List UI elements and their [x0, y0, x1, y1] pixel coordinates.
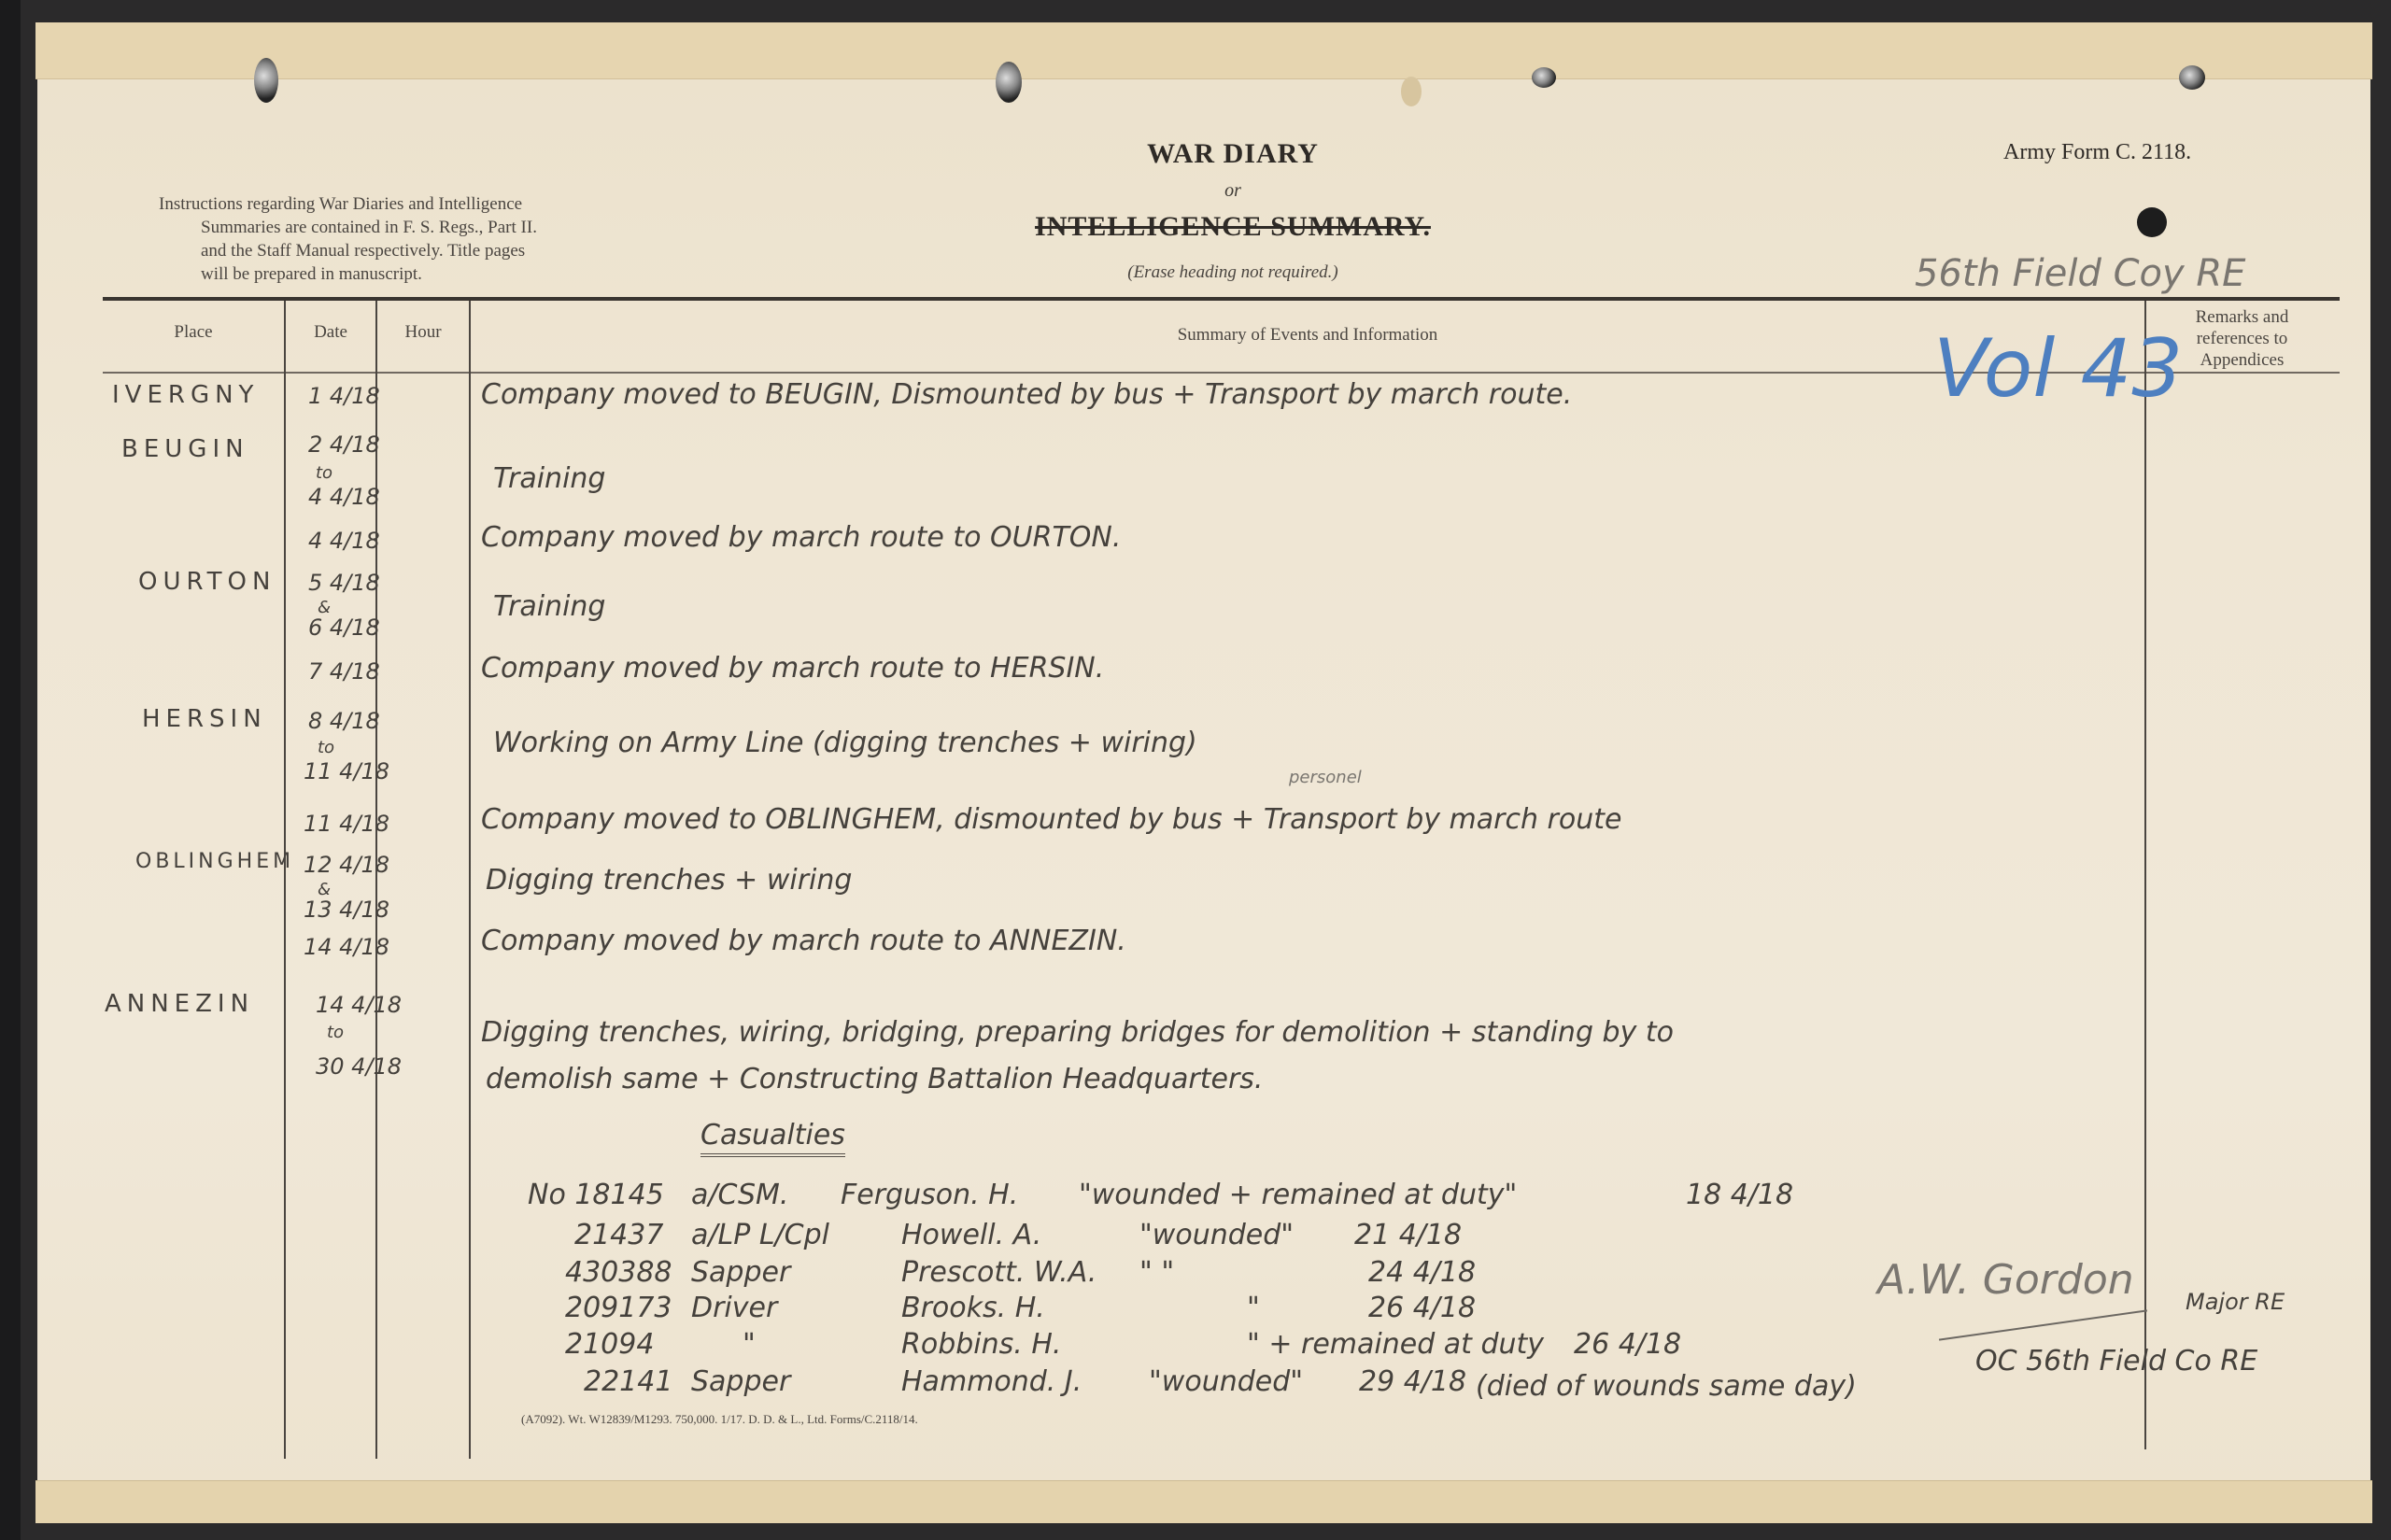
casualty-status: "wounded" — [1139, 1219, 1294, 1251]
punch-hole-icon — [2179, 65, 2205, 90]
instructions-line: Instructions regarding War Diaries and I… — [159, 192, 682, 216]
casualty-name: Prescott. W.A. — [901, 1256, 1096, 1289]
entry-place: OURTON — [138, 568, 276, 596]
form-title: WAR DIARY — [1027, 138, 1438, 170]
casualty-number: 21094 — [565, 1328, 654, 1361]
entry-date: 2 4/18 — [308, 431, 380, 458]
casualty-rank: Sapper — [691, 1256, 790, 1289]
column-header-hour: Hour — [377, 322, 469, 343]
erase-note: (Erase heading not required.) — [1027, 262, 1438, 283]
casualty-name: Ferguson. H. — [841, 1179, 1018, 1211]
casualty-number: 430388 — [565, 1256, 672, 1289]
form-title-struck: INTELLIGENCE SUMMARY. — [934, 211, 1532, 243]
punch-hole-icon — [1532, 67, 1556, 88]
entry-date-to: to — [327, 1023, 344, 1042]
entry-date: 7 4/18 — [308, 658, 380, 685]
entry-date: 14 4/18 — [304, 934, 389, 960]
punch-hole-icon — [1401, 77, 1422, 106]
printer-code: (A7092). Wt. W12839/M1293. 750,000. 1/17… — [521, 1412, 918, 1427]
entry-place: HERSIN — [142, 705, 267, 733]
casualties-heading: Casualties — [700, 1119, 845, 1157]
entry-summary: Company moved to OBLINGHEM, dismounted b… — [481, 803, 1621, 836]
binding-tape-bottom — [35, 1480, 2372, 1523]
binding-tape-top — [35, 22, 2372, 79]
casualty-date: 24 4/18 — [1368, 1256, 1476, 1289]
entry-date-end: 4 4/18 — [308, 484, 380, 510]
signature-rank: Major RE — [2186, 1289, 2285, 1315]
entry-insertion: personel — [1289, 768, 1362, 787]
column-header-date: Date — [286, 322, 375, 343]
casualty-number: 209173 — [565, 1292, 672, 1324]
casualty-status: "wounded + remained at duty" — [1079, 1179, 1517, 1211]
entry-date: 11 4/18 — [304, 811, 389, 837]
entry-summary: Company moved by march route to ANNEZIN. — [481, 925, 1126, 957]
entry-place: IVERGNY — [112, 381, 259, 409]
entry-summary: Training — [493, 590, 605, 623]
casualty-number: No 18145 — [528, 1179, 664, 1211]
casualty-name: Howell. A. — [901, 1219, 1041, 1251]
header-rule — [103, 297, 2340, 301]
column-divider — [469, 301, 471, 1459]
casualty-rank: a/LP L/Cpl — [691, 1219, 829, 1251]
casualty-date: 26 4/18 — [1574, 1328, 1681, 1361]
column-divider — [284, 301, 286, 1459]
entry-summary: Company moved by march route to HERSIN. — [481, 652, 1104, 685]
entry-date-to: to — [316, 463, 332, 483]
instructions-line: will be prepared in manuscript. — [159, 262, 682, 286]
instructions-line: and the Staff Manual respectively. Title… — [159, 239, 682, 262]
form-title-or: or — [1027, 180, 1438, 202]
casualty-rank: Driver — [691, 1292, 777, 1324]
casualty-rank: " — [743, 1328, 756, 1361]
entry-date: 8 4/18 — [308, 708, 380, 734]
entry-summary: Working on Army Line (digging trenches +… — [493, 727, 1197, 759]
entry-date-end: 11 4/18 — [304, 758, 389, 784]
casualty-status: " — [1247, 1292, 1260, 1324]
entry-place: ANNEZIN — [105, 990, 254, 1018]
punch-hole-icon — [2137, 207, 2167, 237]
casualty-rank: a/CSM. — [691, 1179, 788, 1211]
casualty-rank: Sapper — [691, 1365, 790, 1398]
entry-summary: Digging trenches + wiring — [486, 864, 852, 897]
entry-date: 1 4/18 — [308, 383, 380, 409]
entry-summary: Digging trenches, wiring, bridging, prep… — [481, 1016, 1674, 1049]
punch-hole-icon — [996, 62, 1022, 103]
casualty-status: "wounded" — [1149, 1365, 1303, 1398]
entry-place: OBLINGHEM — [135, 850, 294, 873]
entry-date-end: 30 4/18 — [316, 1053, 402, 1080]
form-number: Army Form C. 2118. — [2003, 140, 2191, 165]
entry-date: 14 4/18 — [316, 992, 402, 1018]
casualty-date: 21 4/18 — [1354, 1219, 1462, 1251]
casualty-name: Robbins. H. — [901, 1328, 1061, 1361]
casualty-status: " + remained at duty — [1247, 1328, 1544, 1361]
form-instructions: Instructions regarding War Diaries and I… — [159, 192, 682, 286]
signature: A.W. Gordon — [1877, 1256, 2134, 1304]
casualty-number: 21437 — [574, 1219, 663, 1251]
casualty-name: Hammond. J. — [901, 1365, 1082, 1398]
instructions-line: Summaries are contained in F. S. Regs., … — [159, 216, 682, 239]
casualty-name: Brooks. H. — [901, 1292, 1045, 1324]
volume-mark: Vol 43 — [1933, 322, 2183, 416]
column-header-place: Place — [103, 322, 284, 343]
casualty-note: (died of wounds same day) — [1476, 1370, 1857, 1403]
entry-date-to: to — [318, 738, 334, 757]
entry-date: 4 4/18 — [308, 528, 380, 554]
entry-date: 5 4/18 — [308, 570, 380, 596]
casualty-status: " " — [1139, 1256, 1174, 1289]
entry-summary: Company moved to BEUGIN, Dismounted by b… — [481, 378, 1572, 411]
casualty-number: 22141 — [584, 1365, 672, 1398]
entry-date-end: 13 4/18 — [304, 897, 389, 923]
entry-summary: Company moved by march route to OURTON. — [481, 521, 1121, 554]
casualty-date: 29 4/18 — [1359, 1365, 1466, 1398]
casualty-date: 26 4/18 — [1368, 1292, 1476, 1324]
entry-place: BEUGIN — [121, 435, 249, 463]
casualty-date: 18 4/18 — [1686, 1179, 1793, 1211]
column-divider — [375, 301, 377, 1459]
signature-title: OC 56th Field Co RE — [1975, 1345, 2257, 1378]
column-header-summary: Summary of Events and Information — [471, 325, 2144, 346]
entry-summary-line2: demolish same + Constructing Battalion H… — [486, 1063, 1263, 1095]
column-divider — [2144, 301, 2146, 1449]
punch-hole-icon — [254, 58, 278, 103]
entry-date-end: 6 4/18 — [308, 615, 380, 641]
entry-date: 12 4/18 — [304, 852, 389, 878]
unit-name: 56th Field Coy RE — [1915, 252, 2245, 295]
entry-summary: Training — [493, 462, 605, 495]
